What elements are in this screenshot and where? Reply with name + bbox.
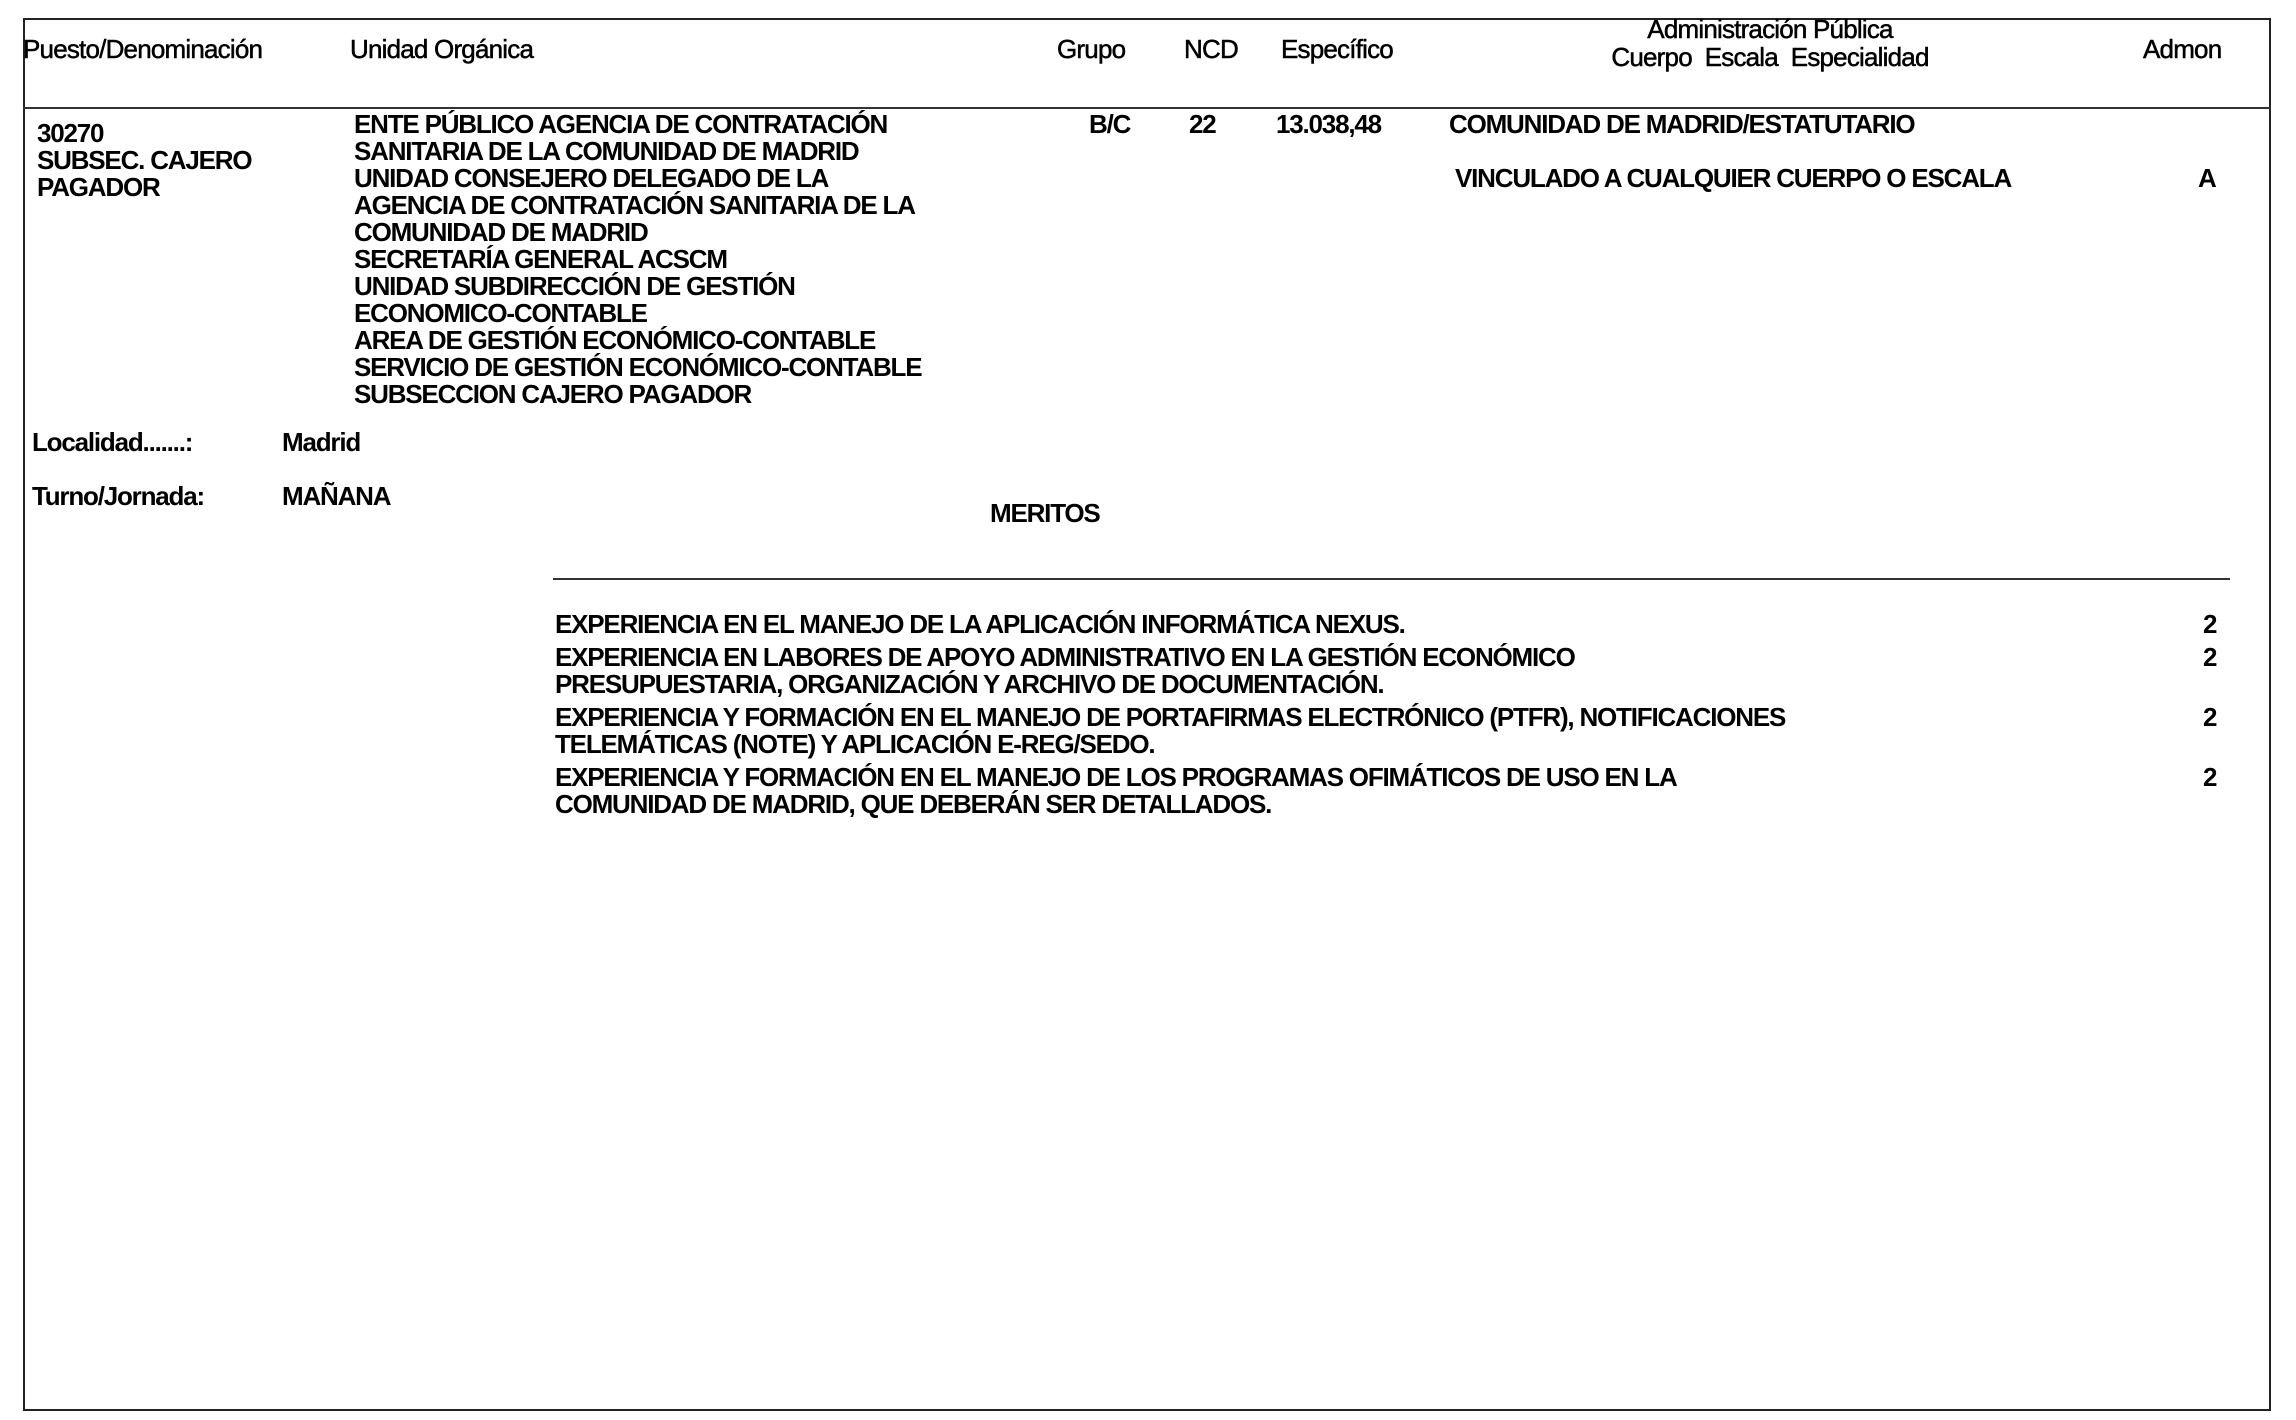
header-especifico: Específico	[1281, 36, 1393, 63]
puesto-line: SUBSEC. CAJERO	[37, 147, 251, 174]
merit-line: EXPERIENCIA EN LABORES DE APOYO ADMINIST…	[555, 644, 2155, 671]
unidad-line: ENTE PÚBLICO AGENCIA DE CONTRATACIÓN	[354, 111, 921, 138]
unidad-line: UNIDAD CONSEJERO DELEGADO DE LA	[354, 165, 921, 192]
merits-title: MERITOS	[990, 500, 1100, 527]
unidad-line: UNIDAD SUBDIRECCIÓN DE GESTIÓN	[354, 273, 921, 300]
admon-value: A	[2198, 165, 2216, 192]
merit-line: COMUNIDAD DE MADRID, QUE DEBERÁN SER DET…	[555, 791, 2155, 818]
turno-jornada-label: Turno/Jornada:	[32, 483, 204, 510]
header-puesto: Puesto/Denominación	[23, 36, 262, 63]
merit-score: 2	[2203, 704, 2217, 731]
administracion-value: COMUNIDAD DE MADRID/ESTATUTARIO	[1449, 111, 1914, 138]
unidad-line: SERVICIO DE GESTIÓN ECONÓMICO-CONTABLE	[354, 354, 921, 381]
merit-text: EXPERIENCIA Y FORMACIÓN EN EL MANEJO DE …	[555, 704, 2155, 758]
turno-jornada-value: MAÑANA	[282, 483, 390, 510]
unidad-line: SUBSECCION CAJERO PAGADOR	[354, 381, 921, 408]
merit-line: EXPERIENCIA EN EL MANEJO DE LA APLICACIÓ…	[555, 611, 2155, 638]
puesto-line: PAGADOR	[37, 174, 251, 201]
cuerpo-escala-value: VINCULADO A CUALQUIER CUERPO O ESCALA	[1455, 165, 2011, 192]
header-administracion-publica: Administración Pública	[1570, 16, 1970, 43]
merit-text: EXPERIENCIA Y FORMACIÓN EN EL MANEJO DE …	[555, 764, 2155, 818]
puesto-line: 30270	[37, 120, 251, 147]
unidad-line: SANITARIA DE LA COMUNIDAD DE MADRID	[354, 138, 921, 165]
especifico-value: 13.038,48	[1276, 111, 1381, 138]
header-cuerpo-escala: Cuerpo Escala Especialidad	[1570, 44, 1970, 71]
header-grupo: Grupo	[1057, 36, 1125, 63]
merit-item: EXPERIENCIA EN LABORES DE APOYO ADMINIST…	[555, 644, 2155, 698]
merit-item: EXPERIENCIA EN EL MANEJO DE LA APLICACIÓ…	[555, 611, 2155, 638]
merits-divider	[553, 578, 2230, 580]
unidad-organica: ENTE PÚBLICO AGENCIA DE CONTRATACIÓNSANI…	[354, 111, 921, 408]
unidad-line: ECONOMICO-CONTABLE	[354, 300, 921, 327]
merit-line: EXPERIENCIA Y FORMACIÓN EN EL MANEJO DE …	[555, 704, 2155, 731]
merit-text: EXPERIENCIA EN EL MANEJO DE LA APLICACIÓ…	[555, 611, 2155, 638]
merit-item: EXPERIENCIA Y FORMACIÓN EN EL MANEJO DE …	[555, 764, 2155, 818]
ncd-value: 22	[1189, 111, 1216, 138]
merit-score: 2	[2203, 644, 2217, 671]
header-admon: Admon	[2143, 36, 2221, 63]
header-unidad-organica: Unidad Orgánica	[350, 36, 533, 63]
localidad-value: Madrid	[282, 429, 360, 456]
localidad-label: Localidad.......:	[32, 429, 192, 456]
merit-line: EXPERIENCIA Y FORMACIÓN EN EL MANEJO DE …	[555, 764, 2155, 791]
puesto-denominacion: 30270SUBSEC. CAJEROPAGADOR	[37, 120, 251, 201]
unidad-line: COMUNIDAD DE MADRID	[354, 219, 921, 246]
unidad-line: SECRETARÍA GENERAL ACSCM	[354, 246, 921, 273]
merit-score: 2	[2203, 611, 2217, 638]
merit-item: EXPERIENCIA Y FORMACIÓN EN EL MANEJO DE …	[555, 704, 2155, 758]
merit-line: PRESUPUESTARIA, ORGANIZACIÓN Y ARCHIVO D…	[555, 671, 2155, 698]
merit-text: EXPERIENCIA EN LABORES DE APOYO ADMINIST…	[555, 644, 2155, 698]
unidad-line: AREA DE GESTIÓN ECONÓMICO-CONTABLE	[354, 327, 921, 354]
header-ncd: NCD	[1184, 36, 1238, 63]
merit-line: TELEMÁTICAS (NOTE) Y APLICACIÓN E-REG/SE…	[555, 731, 2155, 758]
unidad-line: AGENCIA DE CONTRATACIÓN SANITARIA DE LA	[354, 192, 921, 219]
merit-score: 2	[2203, 764, 2217, 791]
grupo-value: B/C	[1089, 111, 1130, 138]
